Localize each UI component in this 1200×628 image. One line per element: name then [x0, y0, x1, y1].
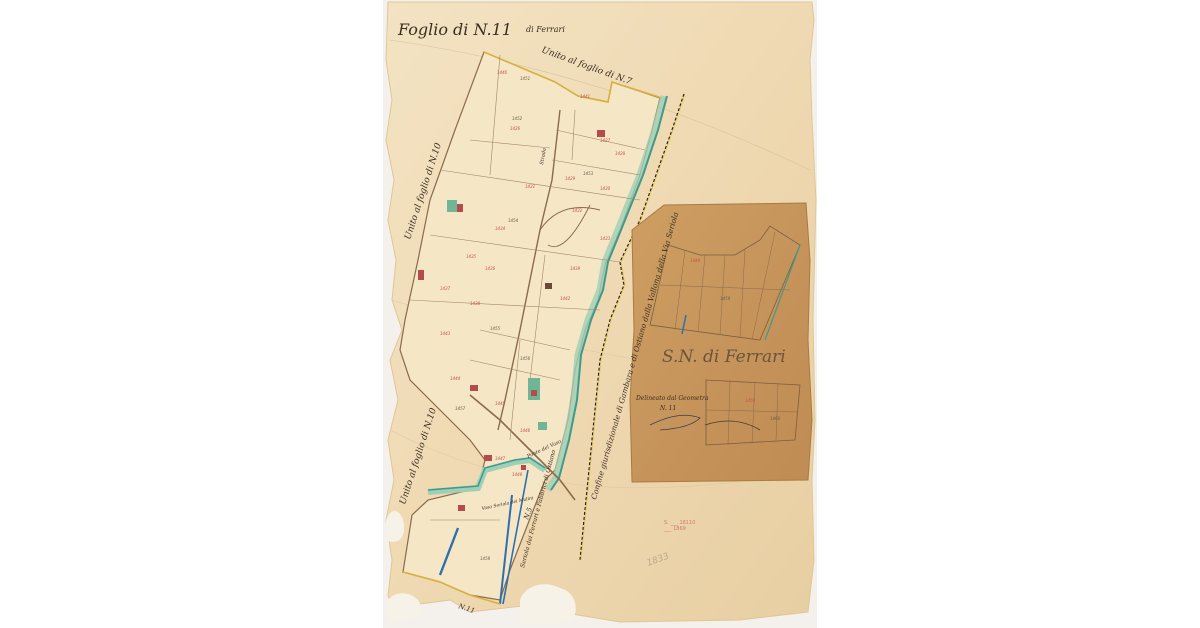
archive-stamp-line2: ___ 1869 — [663, 526, 686, 532]
svg-text:1449: 1449 — [690, 258, 701, 263]
svg-text:1453: 1453 — [583, 171, 594, 176]
svg-text:1429: 1429 — [565, 176, 576, 181]
svg-text:1428: 1428 — [615, 151, 626, 156]
map-title: Foglio di N.11 — [397, 20, 512, 39]
svg-text:1426: 1426 — [510, 126, 521, 131]
svg-text:1427: 1427 — [600, 138, 611, 143]
svg-text:1455: 1455 — [490, 326, 501, 331]
map-title-suffix: di Ferrari — [526, 25, 565, 34]
svg-text:1457: 1457 — [455, 406, 466, 411]
svg-text:1441: 1441 — [580, 94, 590, 99]
svg-text:1440: 1440 — [497, 70, 508, 75]
inset-caption: Delineato dal Geometra — [635, 395, 709, 402]
svg-text:1460: 1460 — [770, 416, 781, 421]
svg-text:1450: 1450 — [745, 398, 756, 403]
svg-text:1452: 1452 — [512, 116, 523, 121]
svg-text:1456: 1456 — [520, 356, 531, 361]
svg-text:1432: 1432 — [572, 208, 583, 213]
svg-text:1448: 1448 — [512, 472, 523, 477]
svg-text:1430: 1430 — [600, 186, 611, 191]
svg-text:1439: 1439 — [570, 266, 581, 271]
svg-text:1459: 1459 — [720, 296, 731, 301]
cadastral-map: Foglio di N.11 di Ferrari Unito al fogli… — [0, 0, 1200, 628]
svg-text:1451: 1451 — [520, 76, 530, 81]
svg-text:1445: 1445 — [495, 401, 506, 406]
svg-text:1454: 1454 — [508, 218, 519, 223]
svg-text:1431: 1431 — [525, 184, 535, 189]
svg-text:1438: 1438 — [470, 301, 481, 306]
inset-caption-sub: N. 11 — [659, 405, 676, 412]
svg-text:1437: 1437 — [440, 286, 451, 291]
svg-text:1458: 1458 — [480, 556, 491, 561]
svg-text:1435: 1435 — [466, 254, 477, 259]
svg-text:1447: 1447 — [495, 456, 506, 461]
svg-text:1442: 1442 — [560, 296, 571, 301]
svg-text:1433: 1433 — [600, 236, 611, 241]
inset-title: S.N. di Ferrari — [662, 347, 786, 367]
inset-sheet — [630, 203, 812, 482]
svg-text:1434: 1434 — [495, 226, 506, 231]
svg-text:1443: 1443 — [440, 331, 451, 336]
svg-text:1446: 1446 — [520, 428, 531, 433]
svg-text:1444: 1444 — [450, 376, 461, 381]
svg-text:1436: 1436 — [485, 266, 496, 271]
map-viewer: Foglio di N.11 di Ferrari Unito al fogli… — [0, 0, 1200, 628]
